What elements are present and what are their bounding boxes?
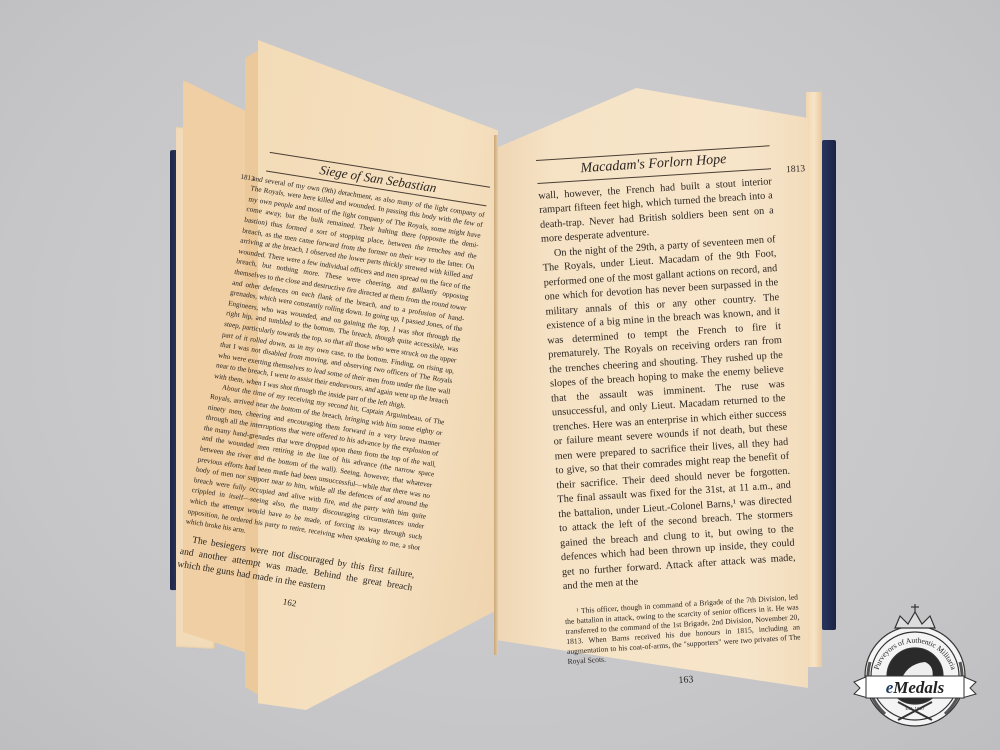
book-gutter (494, 135, 498, 655)
right-page-text: Macadam's Forlorn Hope 1813 wall, howeve… (536, 145, 803, 695)
left-margin-year: 1813 (240, 171, 256, 184)
book-cover-right-edge (822, 140, 836, 630)
right-paragraph: On the night of the 29th, a party of sev… (541, 233, 796, 595)
brand-established: Est. 1997 (905, 706, 925, 711)
right-margin-year: 1813 (786, 162, 806, 178)
emedals-logo: eMedals Est. 1997 Purveyors of Authentic… (840, 602, 990, 742)
right-footnote: ¹ This officer, though in command of a B… (564, 592, 801, 667)
brand-suffix: Medals (892, 678, 944, 697)
svg-text:eMedals: eMedals (886, 678, 945, 697)
left-paragraph: and several of my own (9th) detachment, … (213, 173, 486, 418)
emedals-badge-icon: eMedals Est. 1997 Purveyors of Authentic… (840, 602, 990, 742)
right-page-stack-edge (806, 92, 822, 667)
right-running-head-title: Macadam's Forlorn Hope (580, 152, 727, 176)
